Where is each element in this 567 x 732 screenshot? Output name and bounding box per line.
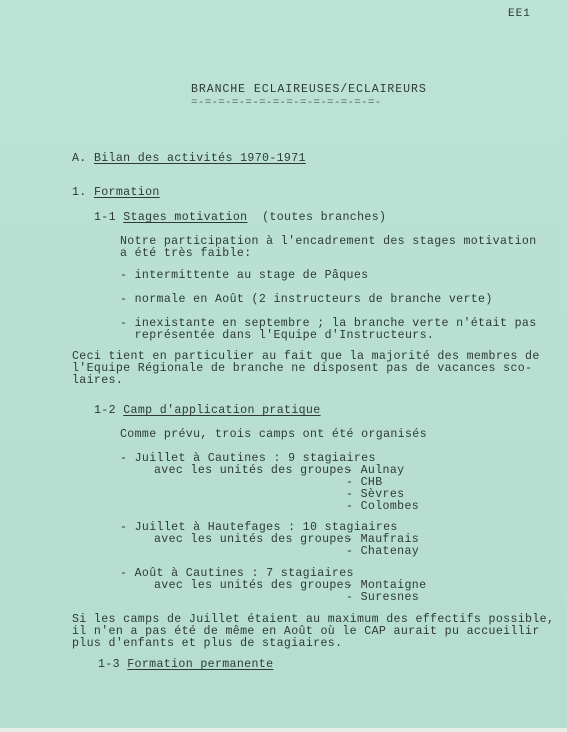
paragraph-line: laires.: [72, 374, 123, 387]
subsection-1-3-label: 1-3: [98, 658, 120, 671]
camp-group: - Suresnes: [346, 591, 419, 604]
subsection-1-2-label: 1-2: [94, 404, 116, 417]
document-title: BRANCHE ECLAIREUSES/ECLAIREURS: [191, 83, 427, 96]
paragraph-line: l'Equipe Régionale de branche ne dispose…: [72, 362, 532, 375]
list-item-continuation: représentée dans l'Equipe d'Instructeurs…: [120, 329, 434, 342]
list-item: - intermittente au stage de Pâques: [120, 269, 368, 282]
section-1-title: Formation: [94, 186, 160, 199]
page-id: EE1: [508, 8, 531, 21]
subsection-1-1-heading: 1-1 Stages motivation (toutes branches): [94, 211, 386, 224]
paragraph-line: plus d'enfants et plus de stagiaires.: [72, 637, 342, 650]
subsection-1-1-label: 1-1: [94, 211, 116, 224]
camp-group: - Colombes: [346, 500, 419, 513]
camp-group: - Chatenay: [346, 545, 419, 558]
paragraph-line: a été très faible:: [120, 247, 252, 260]
section-a-title: Bilan des activités 1970-1971: [94, 152, 306, 165]
camp-groups-label: avec les unités des groupes: [154, 579, 351, 592]
subsection-1-3-title: Formation permanente: [127, 658, 273, 671]
paragraph-line: Comme prévu, trois camps ont été organis…: [120, 428, 427, 441]
section-a-label: A.: [72, 152, 87, 165]
list-item: - normale en Août (2 instructeurs de bra…: [120, 293, 493, 306]
section-1-heading: 1. Formation: [72, 186, 160, 199]
subsection-1-1-note: (toutes branches): [262, 211, 386, 224]
camp-groups-label: avec les unités des groupes: [154, 533, 351, 546]
subsection-1-1-title: Stages motivation: [123, 211, 247, 224]
section-a-heading: A. Bilan des activités 1970-1971: [72, 152, 306, 165]
page-bottom-edge: [0, 728, 567, 732]
subsection-1-2-title: Camp d'application pratique: [123, 404, 320, 417]
subsection-1-2-heading: 1-2 Camp d'application pratique: [94, 404, 321, 417]
section-1-label: 1.: [72, 186, 87, 199]
camp-groups-label: avec les unités des groupes: [154, 464, 351, 477]
title-separator: =-=-=-=-=-=-=-=-=-=-=-=-=-=-: [191, 97, 381, 110]
document-page: EE1 BRANCHE ECLAIREUSES/ECLAIREURS =-=-=…: [0, 0, 567, 728]
subsection-1-3-heading: 1-3 Formation permanente: [98, 658, 273, 671]
